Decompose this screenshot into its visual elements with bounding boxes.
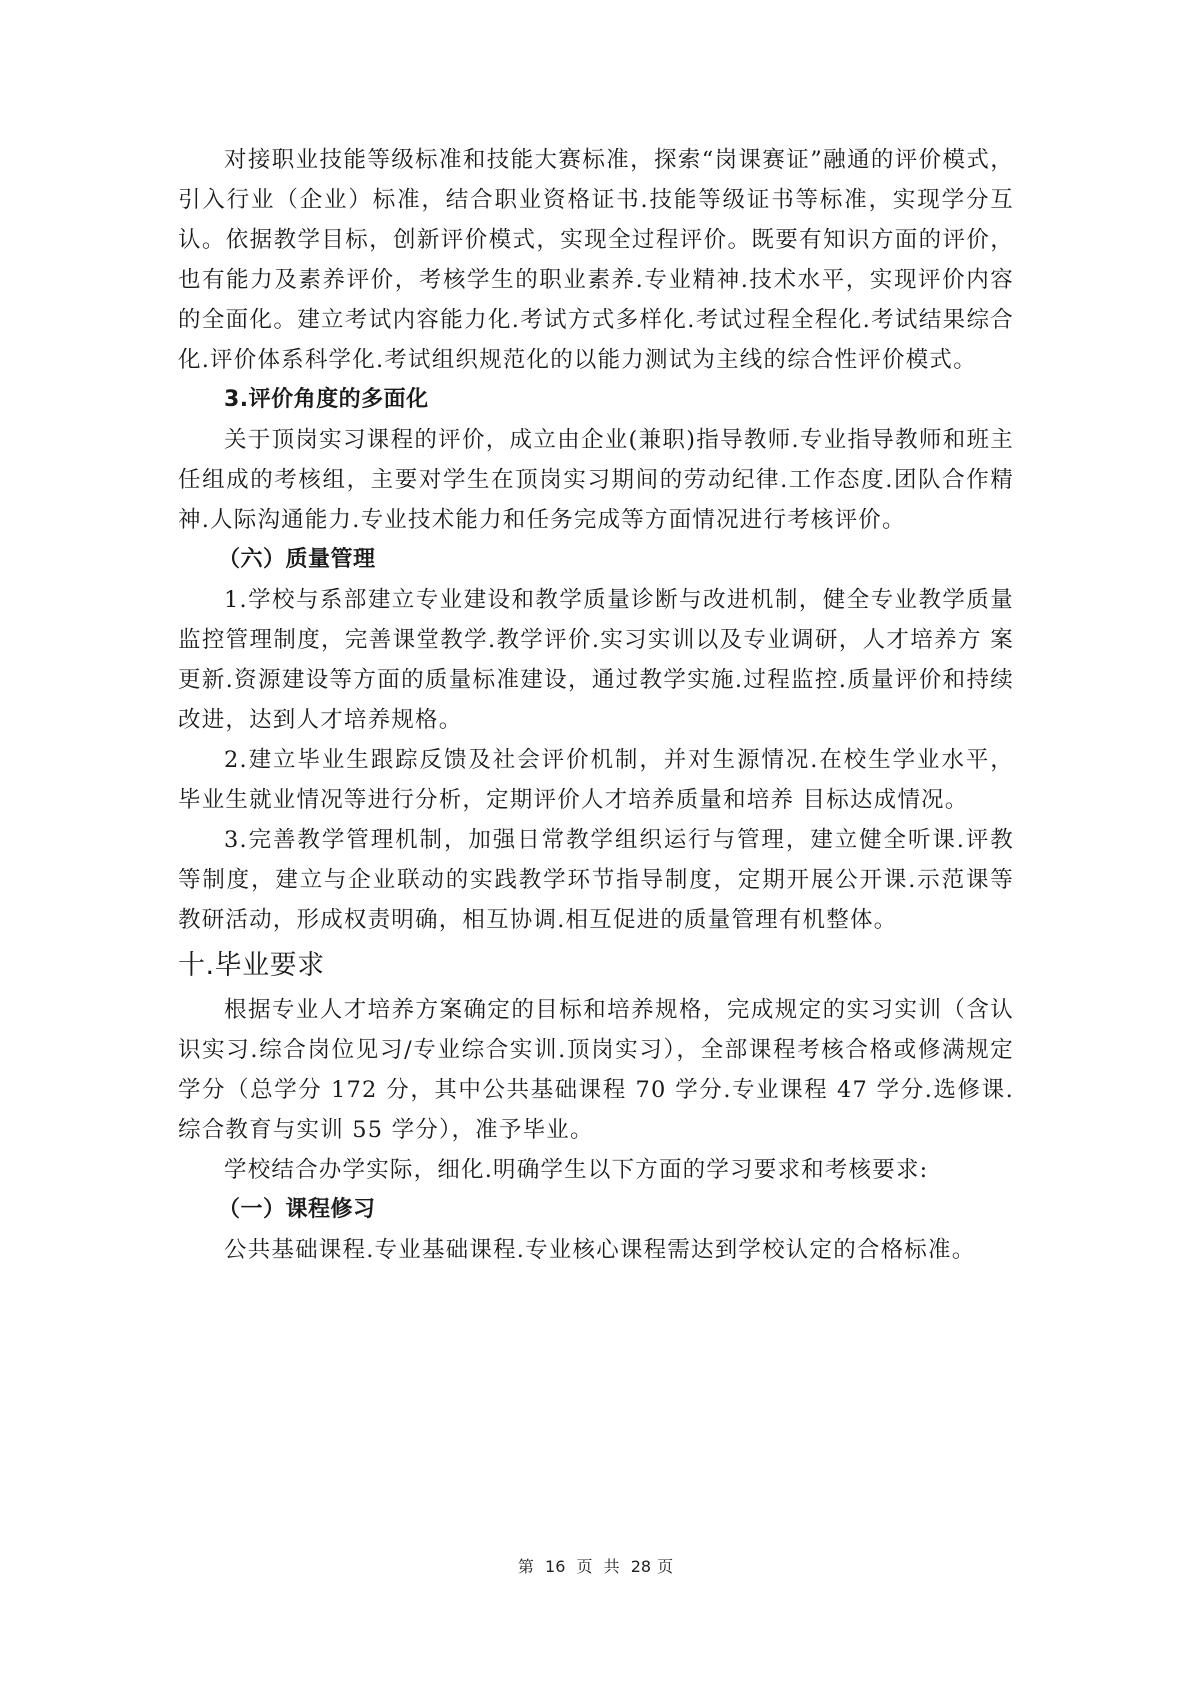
page-footer: 第 16 页 共 28页 xyxy=(0,1556,1191,1578)
subheading-evaluation-perspective: 3.评价角度的多面化 xyxy=(178,380,1014,420)
total-page-count: 28 xyxy=(631,1556,651,1578)
page-content: 对接职业技能等级标准和技能大赛标准，探索“岗课赛证”融通的评价模式，引入行业（企… xyxy=(178,140,1014,1270)
footer-page-word: 页 xyxy=(576,1556,592,1578)
subheading-course-study: （一）课程修习 xyxy=(178,1190,1014,1230)
paragraph-evaluation-model: 对接职业技能等级标准和技能大赛标准，探索“岗课赛证”融通的评价模式，引入行业（企… xyxy=(178,140,1014,380)
footer-total-suffix: 页 xyxy=(657,1556,673,1578)
paragraph-quality-item-2: 2.建立毕业生跟踪反馈及社会评价机制，并对生源情况.在校生学业水平，毕业生就业情… xyxy=(178,740,1014,820)
paragraph-internship-evaluation: 关于顶岗实习课程的评价，成立由企业(兼职)指导教师.专业指导教师和班主任组成的考… xyxy=(178,420,1014,540)
paragraph-quality-item-3: 3.完善教学管理机制，加强日常教学组织运行与管理，建立健全听课.评教等制度，建立… xyxy=(178,820,1014,940)
subheading-quality-management: （六）质量管理 xyxy=(178,540,1014,580)
paragraph-quality-item-1: 1.学校与系部建立专业建设和教学质量诊断与改进机制，健全专业教学质量监控管理制度… xyxy=(178,580,1014,740)
section-heading-graduation-requirements: 十.毕业要求 xyxy=(178,944,1014,988)
footer-total-prefix: 共 xyxy=(604,1556,620,1578)
paragraph-school-requirements: 学校结合办学实际，细化.明确学生以下方面的学习要求和考核要求: xyxy=(178,1150,1014,1190)
paragraph-course-standard: 公共基础课程.专业基础课程.专业核心课程需达到学校认定的合格标准。 xyxy=(178,1230,1014,1270)
document-page: 对接职业技能等级标准和技能大赛标准，探索“岗课赛证”融通的评价模式，引入行业（企… xyxy=(0,0,1191,1684)
footer-prefix: 第 xyxy=(518,1556,534,1578)
current-page-number: 16 xyxy=(545,1556,565,1578)
paragraph-graduation-credits: 根据专业人才培养方案确定的目标和培养规格，完成规定的实习实训（含认识实习.综合岗… xyxy=(178,990,1014,1150)
